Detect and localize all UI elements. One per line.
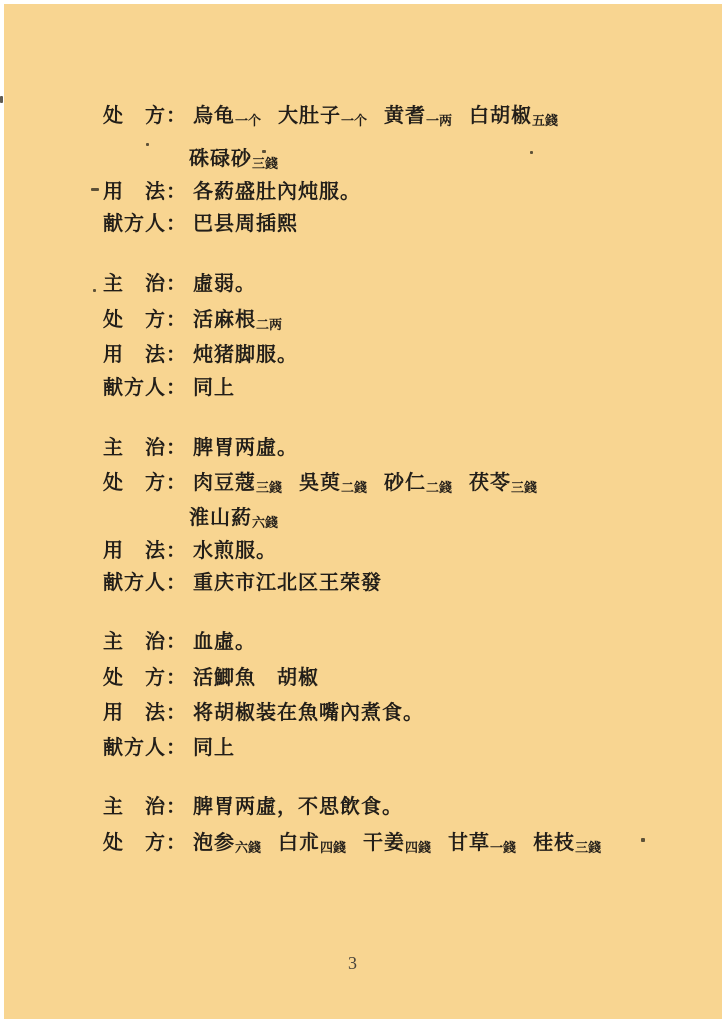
usage-line: 用 法：水煎服。 [103, 538, 277, 564]
ink-speck [0, 96, 3, 103]
herb-dose: 三錢 [511, 480, 537, 495]
field-label: 处 方： [103, 103, 187, 129]
herb-dose: 二錢 [426, 480, 452, 495]
herb-item: 砂仁二錢 [384, 470, 452, 501]
herb-item: 泡参六錢 [193, 830, 261, 861]
herb-name: 桂枝 [533, 832, 575, 854]
field-label: 献方人： [103, 375, 187, 401]
field-label: 处 方： [103, 307, 187, 333]
contributor-line: 献方人：重庆市江北区王荣發 [103, 570, 382, 596]
herb-item: 大肚子一个 [278, 103, 367, 134]
herb-dose: 一个 [341, 113, 367, 128]
field-value: 水煎服。 [193, 540, 277, 562]
prescription-line: 处 方：活麻根二两 [103, 307, 282, 338]
herb-dose: 六錢 [252, 515, 278, 530]
field-label: 主 治： [103, 435, 187, 461]
herb-name: 大肚子 [278, 105, 341, 127]
field-value: 各葯盛肚內炖服。 [193, 181, 361, 203]
field-label: 用 法： [103, 179, 187, 205]
herb-dose: 六錢 [235, 840, 261, 855]
field-label: 处 方： [103, 470, 187, 496]
contributor-line: 献方人：同上 [103, 735, 235, 761]
herb-name: 硃碌砂 [189, 148, 252, 170]
scanned-paper-background [4, 4, 722, 1019]
field-value: 脾胃两虛，不思飲食。 [193, 796, 403, 818]
field-value: 脾胃两虛。 [193, 437, 298, 459]
field-value: 将胡椒装在魚嘴內煮食。 [193, 702, 424, 724]
herb-dose: 三錢 [256, 480, 282, 495]
herb-item: 黄耆一两 [384, 103, 452, 134]
herb-name: 肉豆蔻 [193, 472, 256, 494]
field-value: 同上 [193, 737, 235, 759]
herb-item: 肉豆蔻三錢 [193, 470, 282, 501]
prescription-line: 淮山葯六錢 [189, 505, 278, 536]
page-number: 3 [348, 953, 357, 974]
indication-line: 主 治：虛弱。 [103, 271, 256, 297]
herb-dose: 一錢 [490, 840, 516, 855]
field-label: 用 法： [103, 700, 187, 726]
herb-dose: 一两 [426, 113, 452, 128]
herb-dose: 三錢 [252, 156, 278, 171]
field-value: 炖猪脚服。 [193, 344, 298, 366]
usage-line: 用 法：各葯盛肚內炖服。 [103, 179, 361, 205]
herb-name: 黄耆 [384, 105, 426, 127]
field-value: 血虛。 [193, 631, 256, 653]
herb-dose: 二錢 [341, 480, 367, 495]
ink-speck [93, 289, 96, 292]
indication-line: 主 治：脾胃两虛。 [103, 435, 298, 461]
herb-name: 泡参 [193, 832, 235, 854]
herb-item: 白朮四錢 [278, 830, 346, 861]
herb-item: 活麻根二两 [193, 307, 282, 338]
prescription-line: 处 方：烏龟一个大肚子一个黄耆一两白胡椒五錢 [103, 103, 558, 134]
herb-name: 砂仁 [384, 472, 426, 494]
field-label: 献方人： [103, 211, 187, 237]
herb-name: 茯苓 [469, 472, 511, 494]
herb-name: 白胡椒 [469, 105, 532, 127]
ink-speck [91, 188, 99, 191]
field-label: 处 方： [103, 665, 187, 691]
herb-item: 桂枝三錢 [533, 830, 601, 861]
field-value: 重庆市江北区王荣發 [193, 572, 382, 594]
field-label: 处 方： [103, 830, 187, 856]
herb-name: 甘草 [448, 832, 490, 854]
field-value: 虛弱。 [193, 273, 256, 295]
field-label: 用 法： [103, 538, 187, 564]
herb-dose: 五錢 [532, 113, 558, 128]
prescription-line: 处 方：泡参六錢白朮四錢干姜四錢甘草一錢桂枝三錢 [103, 830, 601, 861]
herb-item: 烏龟一个 [193, 103, 261, 134]
prescription-line: 处 方：肉豆蔻三錢吳萸二錢砂仁二錢茯苓三錢 [103, 470, 537, 501]
contributor-line: 献方人：同上 [103, 375, 235, 401]
field-value: 活鯽魚 胡椒 [193, 667, 319, 689]
field-value: 同上 [193, 377, 235, 399]
herb-item: 白胡椒五錢 [469, 103, 558, 134]
herb-item: 干姜四錢 [363, 830, 431, 861]
field-value: 巴县周插熙 [193, 213, 298, 235]
prescription-line: 处 方：活鯽魚 胡椒 [103, 665, 319, 691]
field-label: 用 法： [103, 342, 187, 368]
field-label: 献方人： [103, 570, 187, 596]
usage-line: 用 法：将胡椒装在魚嘴內煮食。 [103, 700, 424, 726]
herb-item: 甘草一錢 [448, 830, 516, 861]
ink-speck [641, 838, 645, 842]
herb-name: 烏龟 [193, 105, 235, 127]
field-label: 主 治： [103, 271, 187, 297]
ink-speck [262, 150, 266, 153]
ink-speck [530, 151, 533, 154]
herb-name: 淮山葯 [189, 507, 252, 529]
herb-dose: 四錢 [320, 840, 346, 855]
herb-item: 茯苓三錢 [469, 470, 537, 501]
herb-name: 吳萸 [299, 472, 341, 494]
herb-dose: 三錢 [575, 840, 601, 855]
indication-line: 主 治：血虛。 [103, 629, 256, 655]
herb-item: 淮山葯六錢 [189, 505, 278, 536]
herb-name: 干姜 [363, 832, 405, 854]
field-label: 主 治： [103, 794, 187, 820]
contributor-line: 献方人：巴县周插熙 [103, 211, 298, 237]
herb-dose: 二两 [256, 317, 282, 332]
herb-name: 活麻根 [193, 309, 256, 331]
herb-dose: 四錢 [405, 840, 431, 855]
ink-speck [146, 143, 149, 146]
field-label: 献方人： [103, 735, 187, 761]
indication-line: 主 治：脾胃两虛，不思飲食。 [103, 794, 403, 820]
herb-item: 吳萸二錢 [299, 470, 367, 501]
usage-line: 用 法：炖猪脚服。 [103, 342, 298, 368]
field-label: 主 治： [103, 629, 187, 655]
herb-dose: 一个 [235, 113, 261, 128]
herb-name: 白朮 [278, 832, 320, 854]
